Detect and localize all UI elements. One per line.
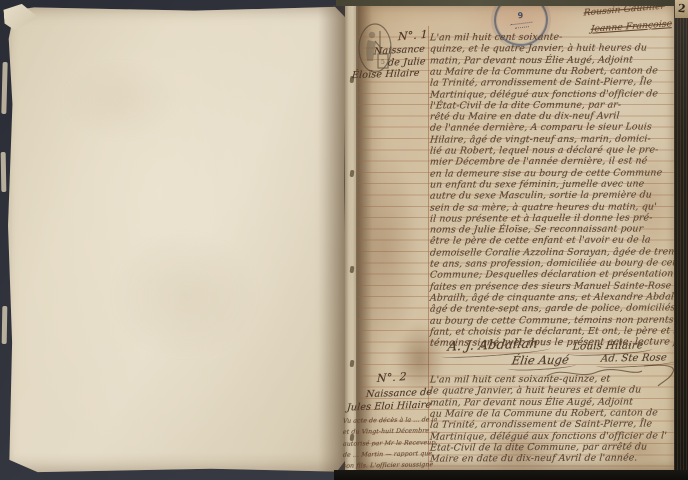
torn-page-sliver xyxy=(2,306,8,344)
torn-page-sliver xyxy=(1,152,7,192)
paper-stain xyxy=(110,230,260,360)
folio-number: 2 xyxy=(677,2,686,16)
signature-abdallah: A. J. Abdallah xyxy=(447,336,539,354)
signature-elie-auge: Élie Augé xyxy=(511,353,570,368)
record2-margin-title: Naissance de xyxy=(366,387,433,400)
binding-stitch xyxy=(350,434,355,441)
stamp-illegible-line xyxy=(515,26,529,29)
signature-ste-rose: Ad. Ste Rose xyxy=(600,352,667,364)
record2-number-label: N°. 2 xyxy=(377,370,407,385)
stamp-digit: 9 xyxy=(517,12,524,21)
binding-stitch xyxy=(350,170,355,177)
torn-page-sliver xyxy=(1,62,7,114)
stamp-illegible-line xyxy=(510,22,532,26)
page-block-top-edge xyxy=(336,0,688,6)
paper-stain xyxy=(60,60,180,140)
signature-louis-hilaire: Louis Hilaire xyxy=(572,339,644,352)
record1-number-label: N°. 1 xyxy=(398,28,428,44)
page-block-right-edge xyxy=(674,0,688,480)
binding-stitch xyxy=(350,360,355,367)
register-scan: 5 9 Roussin Gauthier Jeanne Françoise N°… xyxy=(0,0,688,480)
fiscal-stamp-denomination: 5 xyxy=(381,59,385,66)
page-block-bottom-edge xyxy=(334,470,688,480)
binding-stitch xyxy=(350,266,355,273)
